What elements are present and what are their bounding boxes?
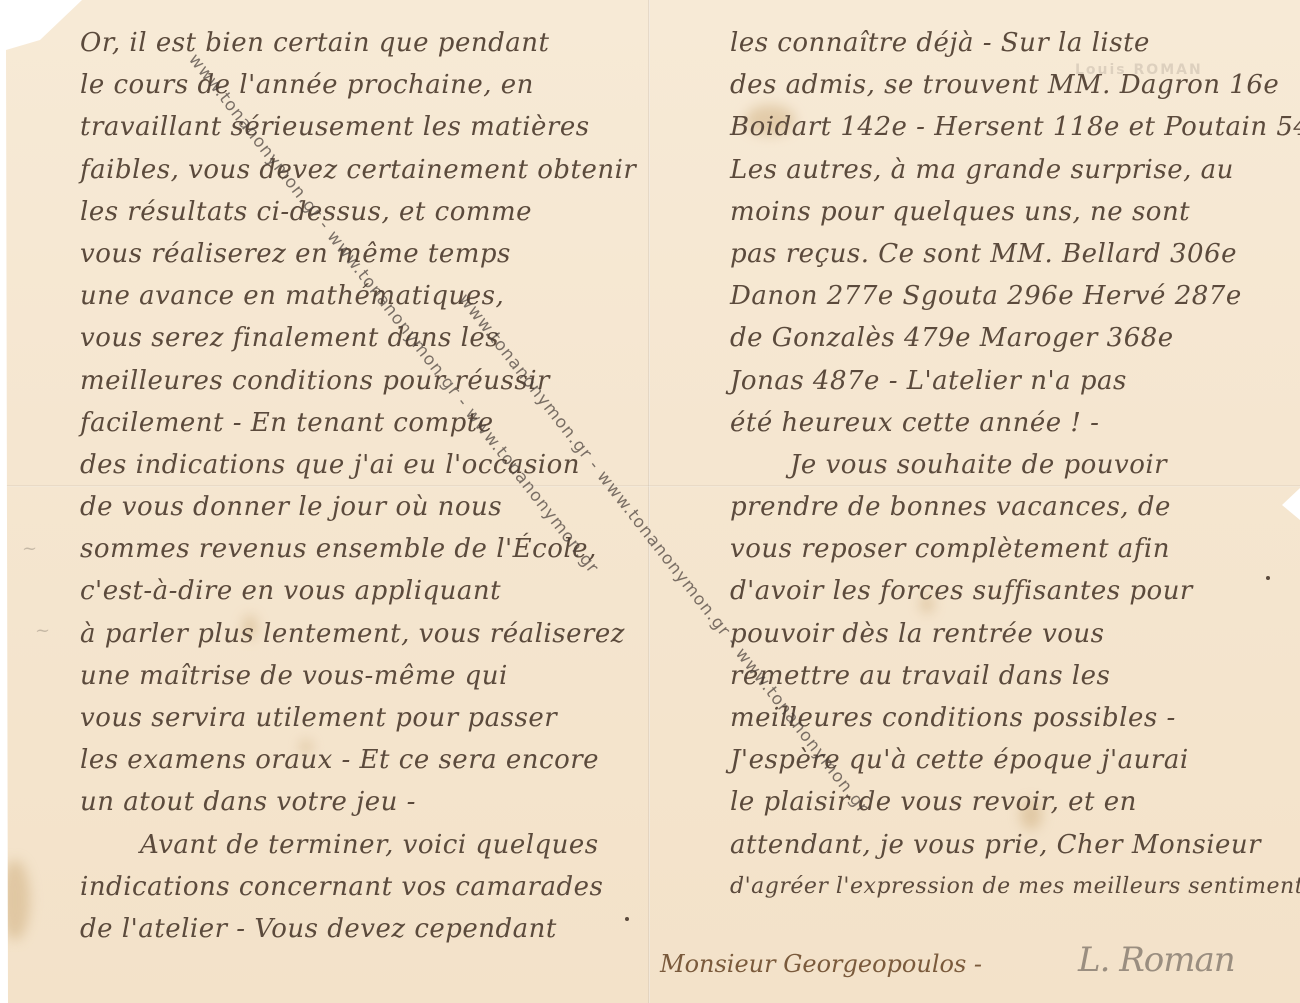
letter-line: un atout dans votre jeu - [80,781,620,823]
right-page-text: les connaître déjà - Sur la liste des ad… [730,22,1290,908]
letter-line: vous reposer complètement afin [730,528,1290,570]
letter-line: remettre au travail dans les [730,655,1290,697]
not-admitted-list-line: pas reçus. Ce sont MM. Bellard 306e [730,233,1290,275]
paper-stain [0,860,30,940]
letter-line: à parler plus lentement, vous réaliserez [80,613,620,655]
letter-sheet: Louis ROMAN ~ ~ Or, il est bien certain … [0,0,1300,1003]
addressee: Monsieur Georgeopoulos - [660,950,982,978]
not-admitted-list-line: Danon 277e Sgouta 296e Hervé 287e [730,275,1290,317]
letter-line: vous servira utilement pour passer [80,697,620,739]
letter-line: Or, il est bien certain que pendant [80,22,620,64]
letter-line: une avance en mathématiques, [80,275,620,317]
letter-line: de l'atelier - Vous devez cependant [80,908,620,950]
ink-dot [1266,576,1270,580]
letter-line: c'est-à-dire en vous appliquant [80,570,620,612]
not-admitted-list-line: Jonas 487e - L'atelier n'a pas [730,360,1290,402]
closing-line: d'agréer l'expression de mes meilleurs s… [730,866,1290,908]
letter-line: le cours de l'année prochaine, en [80,64,620,106]
letter-paragraph-start: Je vous souhaite de pouvoir [730,444,1290,486]
vertical-fold-crease [648,0,650,1003]
letter-line: les résultats ci-dessus, et comme [80,191,620,233]
admitted-list-line: Boidart 142e - Hersent 118e et Poutain 5… [730,106,1290,148]
letter-line: attendant, je vous prie, Cher Monsieur [730,824,1290,866]
letter-line: les connaître déjà - Sur la liste [730,22,1290,64]
not-admitted-list-line: de Gonzalès 479e Maroger 368e [730,317,1290,359]
ink-dot [625,917,629,921]
letter-line: été heureux cette année ! - [730,402,1290,444]
letter-line: d'avoir les forces suffisantes pour [730,570,1290,612]
margin-ghost-mark: ~ [22,538,37,559]
letter-line: faibles, vous devez certainement obtenir [80,149,620,191]
letter-line: indications concernant vos camarades [80,866,620,908]
letter-line: prendre de bonnes vacances, de [730,486,1290,528]
letter-line: une maîtrise de vous-même qui [80,655,620,697]
letter-line: pouvoir dès la rentrée vous [730,613,1290,655]
letter-line: moins pour quelques uns, ne sont [730,191,1290,233]
letter-line: Les autres, à ma grande surprise, au [730,149,1290,191]
signature: L. Roman [1078,940,1235,980]
letter-line: travaillant sérieusement les matières [80,106,620,148]
letter-line: vous serez finalement dans les [80,317,620,359]
admitted-list-line: des admis, se trouvent MM. Dagron 16e [730,64,1290,106]
letter-paragraph-start: Avant de terminer, voici quelques [80,824,620,866]
letter-line: sommes revenus ensemble de l'École, [80,528,620,570]
letter-line: le plaisir de vous revoir, et en [730,781,1290,823]
margin-ghost-mark: ~ [35,620,50,641]
letter-line: des indications que j'ai eu l'occasion [80,444,620,486]
letter-line: les examens oraux - Et ce sera encore [80,739,620,781]
